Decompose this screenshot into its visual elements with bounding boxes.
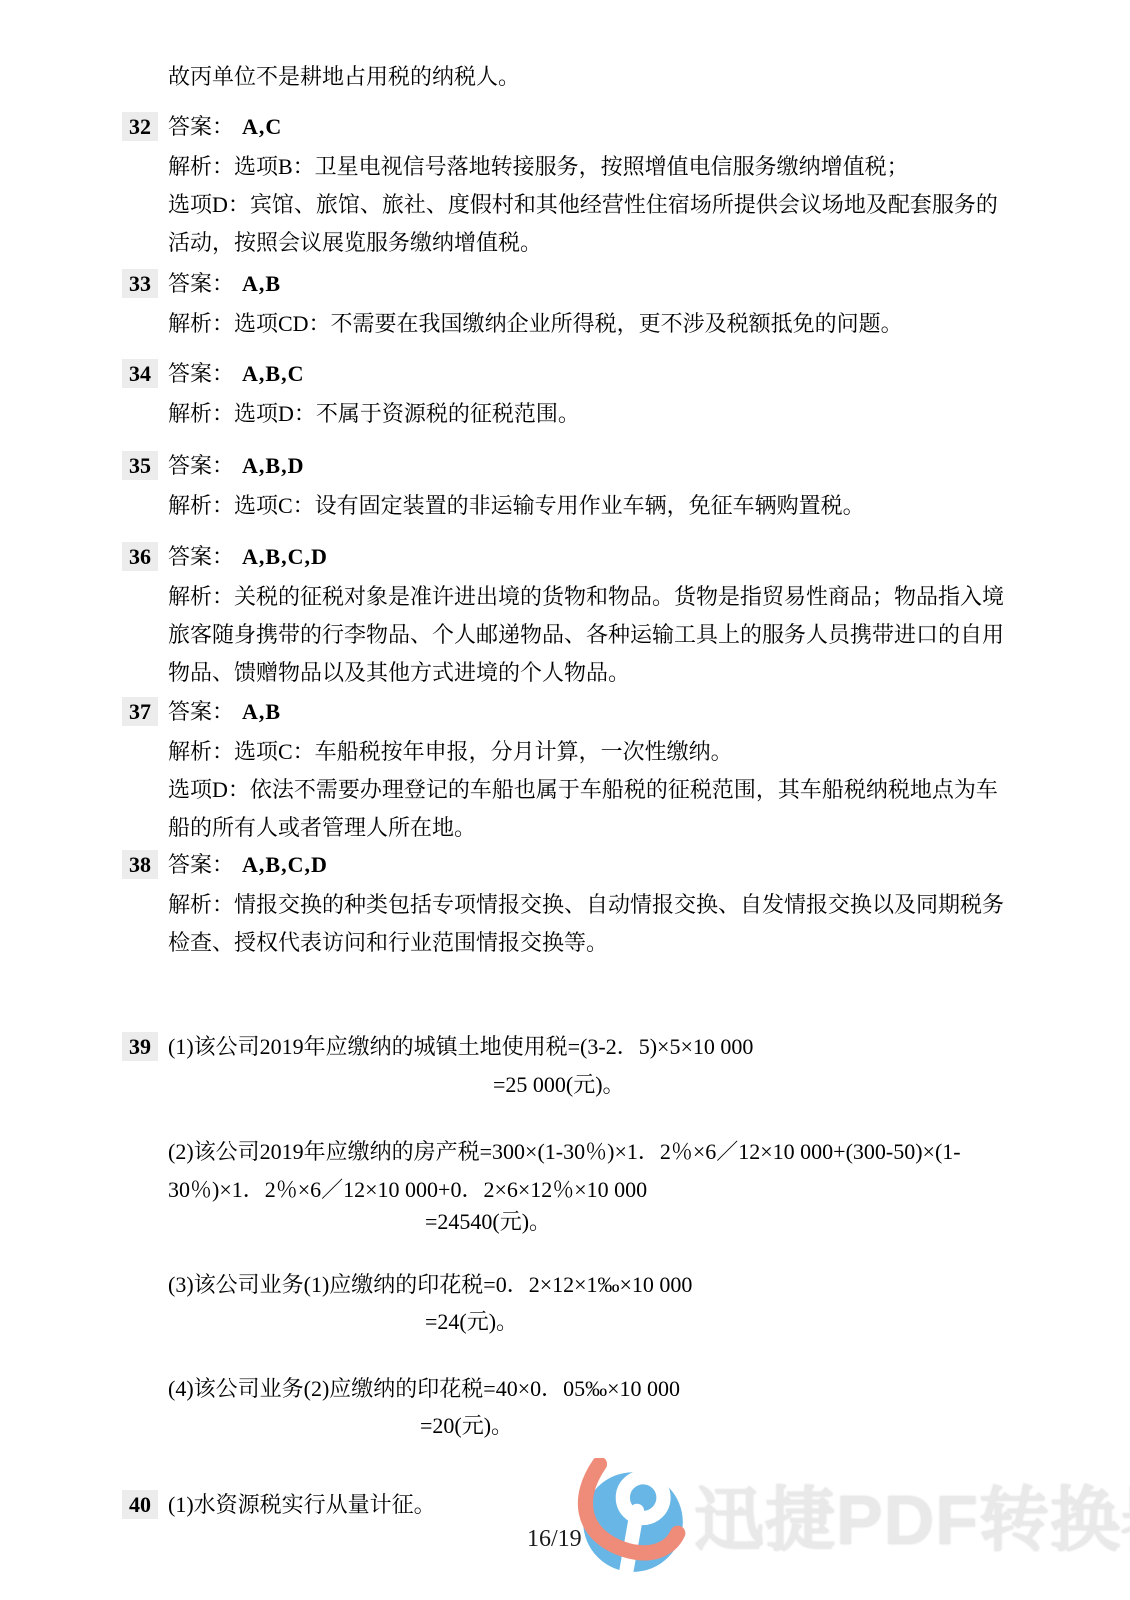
- answer-letters: A,C: [242, 114, 282, 139]
- analysis: 解析：情报交换的种类包括专项情报交换、自动情报交换、自发情报交换以及同期税务 检…: [168, 886, 1004, 962]
- analysis: 解析：选项D：不属于资源税的征税范围。: [168, 395, 580, 433]
- analysis-line: 解析：情报交换的种类包括专项情报交换、自动情报交换、自发情报交换以及同期税务: [168, 886, 1004, 924]
- analysis: 解析：选项C：设有固定装置的非运输专用作业车辆，免征车辆购置税。: [168, 487, 865, 525]
- pdf-converter-logo-icon: [576, 1458, 691, 1580]
- analysis: 解析：关税的征税对象是准许进出境的货物和物品。货物是指贸易性商品；物品指入境 旅…: [168, 578, 1004, 692]
- analysis: 解析：选项B：卫星电视信号落地转接服务，按照增值电信服务缴纳增值税； 选项D：宾…: [168, 148, 998, 262]
- formula-line: (3)该公司业务(1)应缴纳的印花税=0．2×12×1‰×10 000: [168, 1266, 692, 1304]
- question-number-badge: 34: [122, 359, 158, 388]
- answer-letters: A,B,C,D: [242, 852, 328, 877]
- analysis-line: 选项D：依法不需要办理登记的车船也属于车船税的征税范围，其车船税纳税地点为车: [168, 771, 998, 809]
- answer-label: 答案：: [168, 852, 234, 877]
- formula-line: (1)该公司2019年应缴纳的城镇土地使用税=(3-2．5)×5×10 000: [168, 1028, 753, 1066]
- formula-result: =20(元)。: [420, 1407, 513, 1445]
- answer-block-32: 32 答案：A,C 解析：选项B：卫星电视信号落地转接服务，按照增值电信服务缴纳…: [168, 108, 998, 262]
- formula-line: (1)水资源税实行从量计征。: [168, 1486, 436, 1524]
- answer-letters: A,B,C: [242, 361, 304, 386]
- question-number-badge: 33: [122, 269, 158, 298]
- analysis-line: 船的所有人或者管理人所在地。: [168, 809, 998, 847]
- analysis: 解析：选项CD：不需要在我国缴纳企业所得税，更不涉及税额抵免的问题。: [168, 305, 903, 343]
- question-number-badge: 38: [122, 850, 158, 879]
- intro-line: 故丙单位不是耕地占用税的纳税人。: [168, 58, 520, 96]
- analysis-line: 物品、馈赠物品以及其他方式进境的个人物品。: [168, 654, 1004, 692]
- formula-line: 30％)×1．2％×6／12×10 000+0．2×6×12％×10 000: [168, 1171, 647, 1209]
- answer-block-35: 35 答案：A,B,D 解析：选项C：设有固定装置的非运输专用作业车辆，免征车辆…: [168, 447, 865, 525]
- analysis-line: 检查、授权代表访问和行业范围情报交换等。: [168, 924, 1004, 962]
- analysis-line: 解析：关税的征税对象是准许进出境的货物和物品。货物是指贸易性商品；物品指入境: [168, 578, 1004, 616]
- watermark-brand-text: 迅捷PDF转换器: [694, 1480, 1130, 1560]
- answer-label: 答案：: [168, 544, 234, 569]
- answer-row: 答案：A,B,C,D: [168, 846, 1004, 884]
- question-number-badge: 35: [122, 451, 158, 480]
- analysis-line: 选项D：宾馆、旅馆、旅社、度假村和其他经营性住宿场所提供会议场地及配套服务的: [168, 186, 998, 224]
- analysis-line: 旅客随身携带的行李物品、个人邮递物品、各种运输工具上的服务人员携带进口的自用: [168, 616, 1004, 654]
- question-number-badge: 39: [122, 1032, 158, 1061]
- answer-row: 答案：A,B,C: [168, 355, 580, 393]
- answer-row: 答案：A,B: [168, 265, 903, 303]
- question-number-badge: 36: [122, 542, 158, 571]
- question-number-badge: 32: [122, 112, 158, 141]
- analysis-line: 解析：选项D：不属于资源税的征税范围。: [168, 395, 580, 433]
- answer-row: 答案：A,B,C,D: [168, 538, 1004, 576]
- answer-block-37: 37 答案：A,B 解析：选项C：车船税按年申报，分月计算，一次性缴纳。 选项D…: [168, 693, 998, 847]
- answer-letters: A,B,D: [242, 453, 304, 478]
- answer-row: 答案：A,B,D: [168, 447, 865, 485]
- analysis-line: 活动，按照会议展览服务缴纳增值税。: [168, 224, 998, 262]
- answer-block-34: 34 答案：A,B,C 解析：选项D：不属于资源税的征税范围。: [168, 355, 580, 433]
- solution-block-40: 40 (1)水资源税实行从量计征。: [168, 1486, 436, 1524]
- answer-block-36: 36 答案：A,B,C,D 解析：关税的征税对象是准许进出境的货物和物品。货物是…: [168, 538, 1004, 692]
- answer-block-38: 38 答案：A,B,C,D 解析：情报交换的种类包括专项情报交换、自动情报交换、…: [168, 846, 1004, 962]
- analysis-line: 解析：选项CD：不需要在我国缴纳企业所得税，更不涉及税额抵免的问题。: [168, 305, 903, 343]
- answer-letters: A,B,C,D: [242, 544, 328, 569]
- document-page: 故丙单位不是耕地占用税的纳税人。 32 答案：A,C 解析：选项B：卫星电视信号…: [0, 0, 1130, 1600]
- analysis-line: 解析：选项C：设有固定装置的非运输专用作业车辆，免征车辆购置税。: [168, 487, 865, 525]
- answer-letters: A,B: [242, 699, 281, 724]
- page-number: 16/19: [527, 1524, 582, 1554]
- answer-label: 答案：: [168, 361, 234, 386]
- pdf-converter-watermark: 迅捷PDF转换器: [576, 1458, 1116, 1588]
- answer-row: 答案：A,B: [168, 693, 998, 731]
- formula-line: (2)该公司2019年应缴纳的房产税=300×(1-30％)×1．2％×6／12…: [168, 1133, 961, 1171]
- question-number-badge: 40: [122, 1490, 158, 1519]
- formula-result: =25 000(元)。: [493, 1066, 625, 1104]
- answer-label: 答案：: [168, 271, 234, 296]
- answer-label: 答案：: [168, 114, 234, 139]
- intro-paragraph: 故丙单位不是耕地占用税的纳税人。: [168, 58, 520, 96]
- answer-label: 答案：: [168, 699, 234, 724]
- analysis-line: 解析：选项B：卫星电视信号落地转接服务，按照增值电信服务缴纳增值税；: [168, 148, 998, 186]
- formula-result: =24(元)。: [425, 1303, 518, 1341]
- analysis: 解析：选项C：车船税按年申报，分月计算，一次性缴纳。 选项D：依法不需要办理登记…: [168, 733, 998, 847]
- question-number-badge: 37: [122, 697, 158, 726]
- answer-block-33: 33 答案：A,B 解析：选项CD：不需要在我国缴纳企业所得税，更不涉及税额抵免…: [168, 265, 903, 343]
- formula-line: (4)该公司业务(2)应缴纳的印花税=40×0．05‰×10 000: [168, 1370, 680, 1408]
- analysis-line: 解析：选项C：车船税按年申报，分月计算，一次性缴纳。: [168, 733, 998, 771]
- answer-label: 答案：: [168, 453, 234, 478]
- answer-letters: A,B: [242, 271, 281, 296]
- formula-result: =24540(元)。: [425, 1203, 551, 1241]
- answer-row: 答案：A,C: [168, 108, 998, 146]
